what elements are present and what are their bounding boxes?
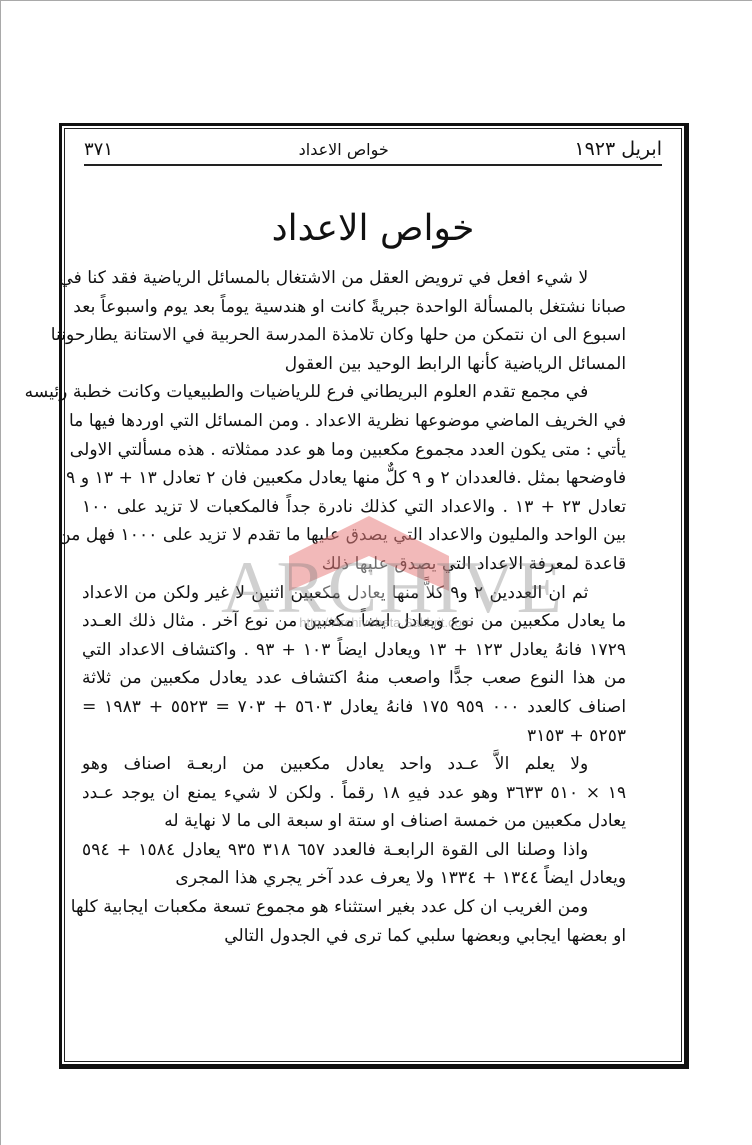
running-title: خواص الاعداد [299, 140, 389, 159]
paragraph-1: لا شيء افعل في ترويض العقل من الاشتغال ب… [82, 264, 664, 378]
text-line: يعادل مكعبين من خمسة اصناف او ستة او سبع… [82, 807, 664, 836]
page-frame: ابريل ١٩٢٣ خواص الاعداد ٣٧١ خواص الاعداد… [59, 123, 689, 1069]
text-line: فاوضحها بمثل .فالعددان ٢ و ٩ كلٌّ منها ي… [82, 464, 664, 493]
text-line: يأتي : متى يكون العدد مجموع مكعبين وما ه… [82, 436, 664, 465]
text-line: من هذا النوع صعب جدًّا واصعب منهُ اكتشاف… [82, 664, 664, 693]
paragraph-4: ولا يعلم الاَّ عـدد واحد يعادل مكعبين من… [82, 750, 664, 836]
paragraph-3: ثم ان العددين ٢ و٩ كلاًّ منها يعادل مكعب… [82, 579, 664, 751]
text-line: ويعادل ايضاً ١٣٤٤ + ١٣٣٤ ولا يعرف عدد آخ… [82, 864, 664, 893]
paragraph-2: في مجمع تقدم العلوم البريطاني فرع للرياض… [82, 378, 664, 578]
text-line: صبانا نشتغل بالمسألة الواحدة جبريةً كانت… [82, 293, 664, 322]
text-line: في مجمع تقدم العلوم البريطاني فرع للرياض… [82, 378, 664, 407]
text-line: ومن الغريب ان كل عدد بغير استثناء هو مجم… [82, 893, 664, 922]
text-line: واذا وصلنا الى القوة الرابعـة فالعدد ٦٥٧… [82, 836, 664, 865]
article-body: لا شيء افعل في ترويض العقل من الاشتغال ب… [82, 264, 664, 950]
text-line: ١٧٢٩ فانهُ يعادل ١٢٣ + ١٣ ويعادل ايضاً ١… [82, 636, 664, 665]
text-line: ٥٢٥٣ + ٣١٥٣ [82, 722, 664, 751]
text-line: اصناف كالعدد ٠٠٠ ٩٥٩ ١٧٥ فانهُ يعادل ٥٦٠… [82, 693, 664, 722]
paragraph-6: ومن الغريب ان كل عدد بغير استثناء هو مجم… [82, 893, 664, 950]
text-line: ١٩ × ٥١٠ ٣٦٣٣ وهو عدد فيهِ ١٨ رقماً . ول… [82, 779, 664, 808]
page-number: ٣٧١ [84, 139, 113, 160]
text-line: في الخريف الماضي موضوعها نظرية الاعداد .… [82, 407, 664, 436]
text-line: ما يعادل مكعبين من نوع ويعادل ايضاً مكعب… [82, 607, 664, 636]
text-line: المسائل الرياضية كأنها الرابط الوحيد بين… [82, 350, 664, 379]
text-line: لا شيء افعل في ترويض العقل من الاشتغال ب… [82, 264, 664, 293]
text-line: ولا يعلم الاَّ عـدد واحد يعادل مكعبين من… [82, 750, 664, 779]
paragraph-5: واذا وصلنا الى القوة الرابعـة فالعدد ٦٥٧… [82, 836, 664, 893]
article-title: خواص الاعداد [62, 208, 684, 249]
issue-date: ابريل ١٩٢٣ [574, 138, 662, 160]
running-header: ابريل ١٩٢٣ خواص الاعداد ٣٧١ [84, 134, 662, 166]
text-line: بين الواحد والمليون والاعداد التي يصدق ع… [82, 521, 664, 550]
text-line: تعادل ٢٣ + ١٣ . والاعداد التي كذلك نادرة… [82, 493, 664, 522]
text-line: او بعضها ايجابي وبعضها سلبي كما ترى في ا… [82, 922, 664, 951]
text-line: قاعدة لمعرفة الاعداد التي يصدق عليها ذلك [82, 550, 664, 579]
text-line: اسبوع الى ان نتمكن من حلها وكان تلامذة ا… [82, 321, 664, 350]
text-line: ثم ان العددين ٢ و٩ كلاًّ منها يعادل مكعب… [82, 579, 664, 608]
